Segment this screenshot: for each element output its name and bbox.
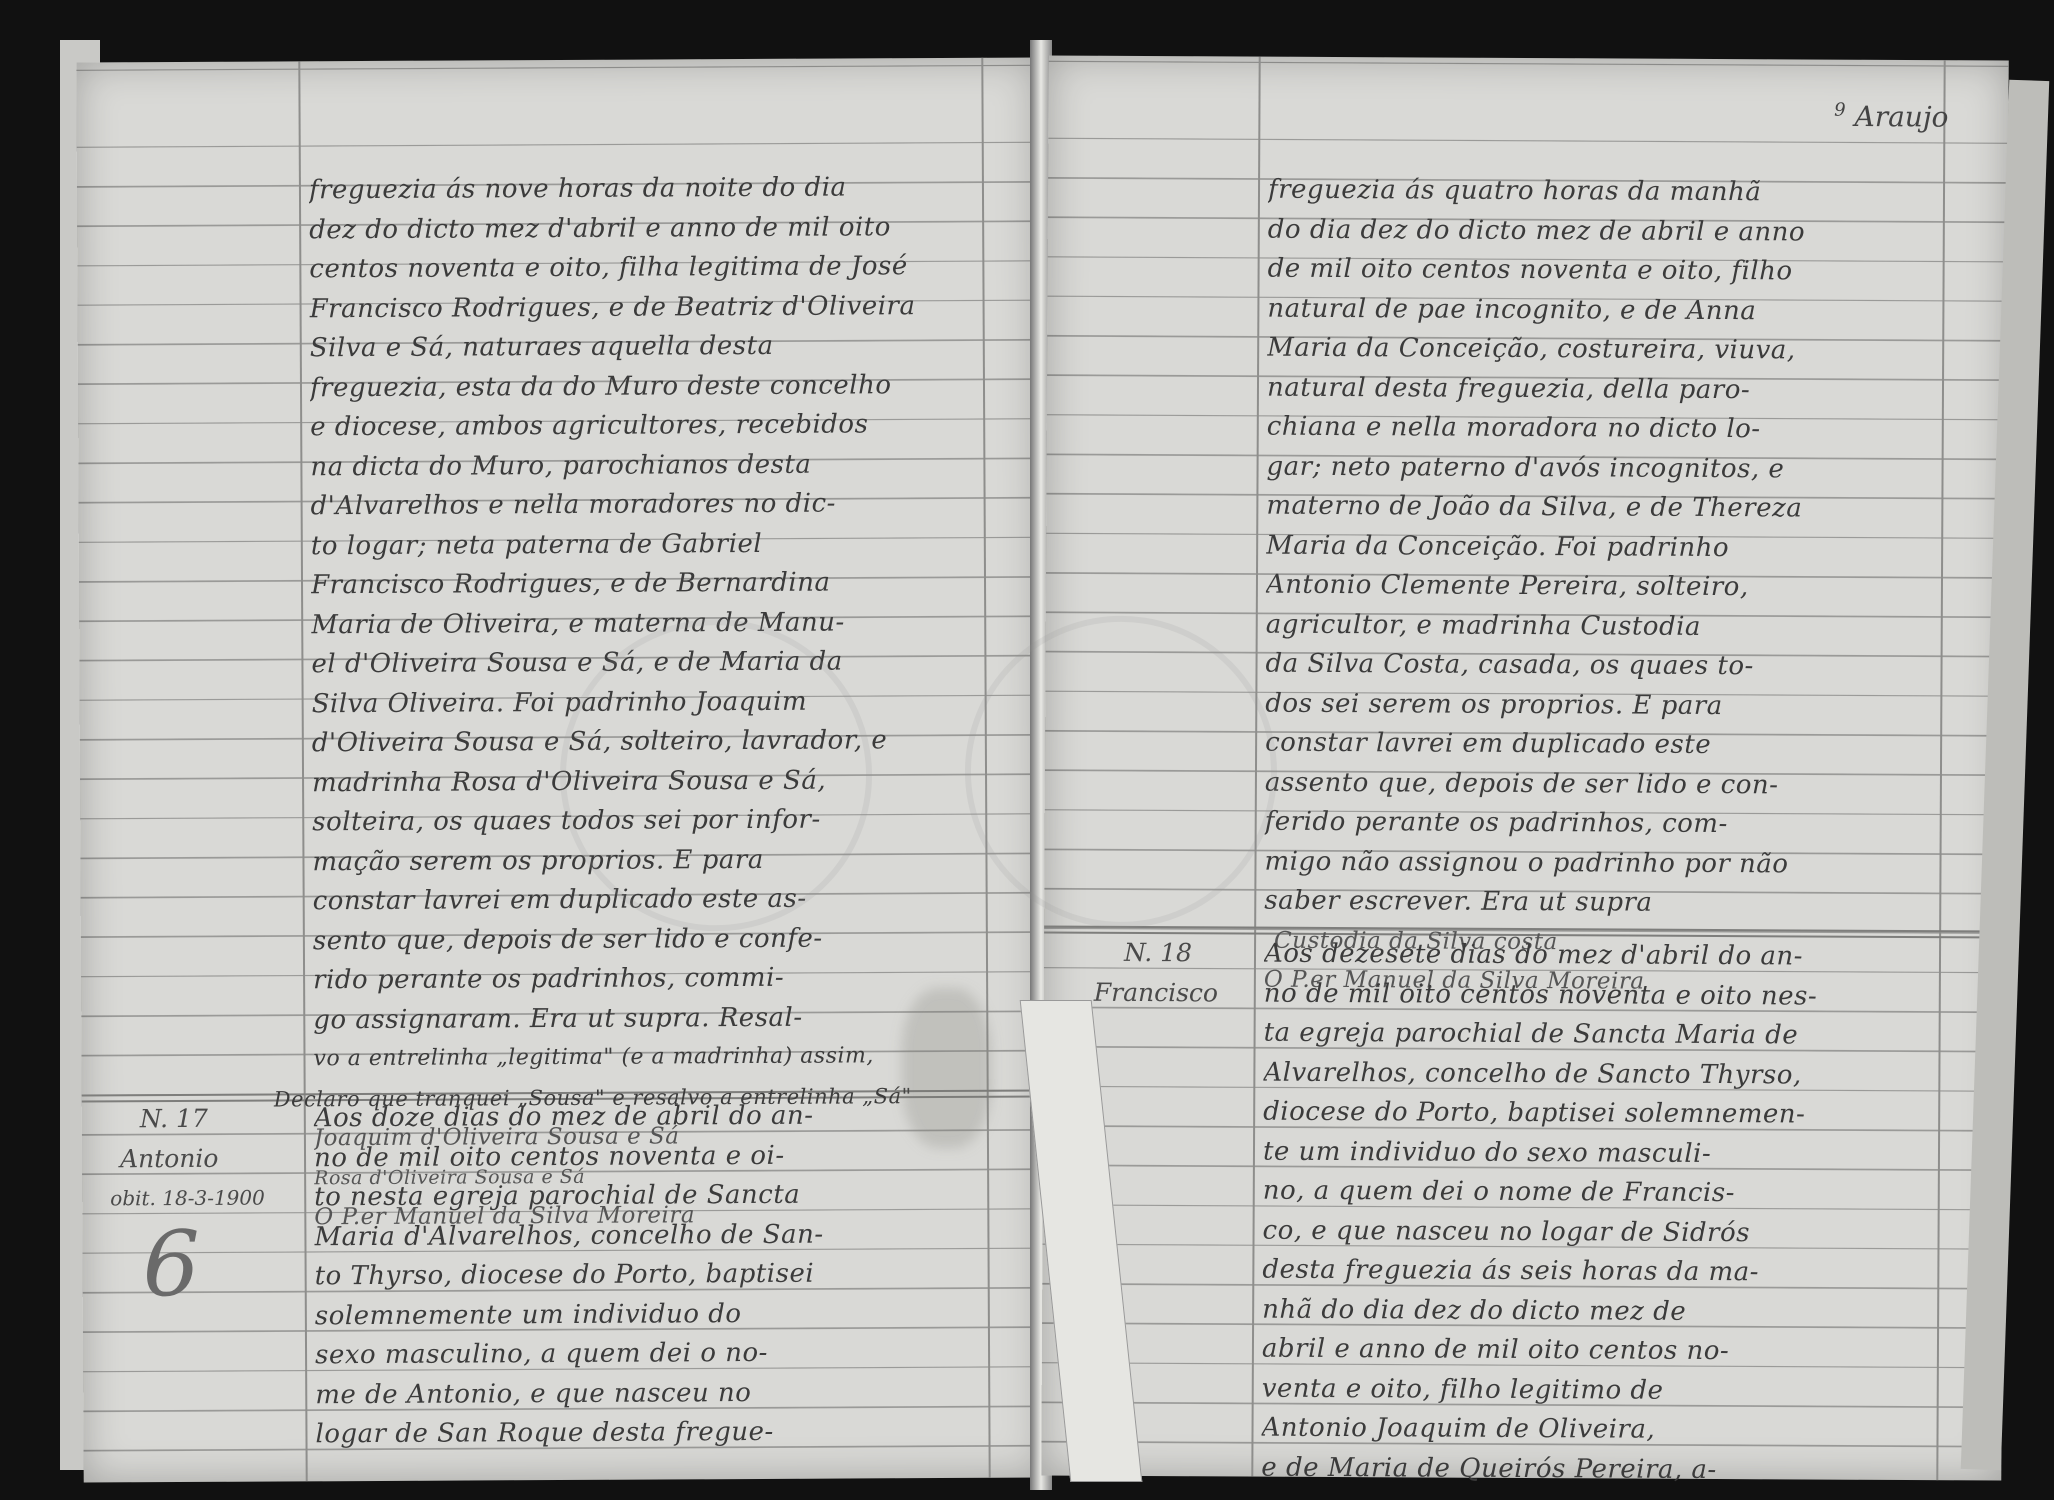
text-line: Maria d'Alvarelhos, concelho de San- bbox=[314, 1216, 984, 1259]
text-line: venta e oito, filho legitimo de bbox=[1262, 1371, 1932, 1414]
text-line: freguezia, esta da do Muro deste concelh… bbox=[310, 367, 980, 410]
faded-stamp bbox=[964, 615, 1278, 929]
text-line: Maria da Conceição, costureira, viuva, bbox=[1267, 331, 1937, 374]
text-line: d'Alvarelhos e nella moradores no dic- bbox=[311, 486, 981, 529]
text-line: solemnemente um individuo do bbox=[315, 1295, 985, 1338]
text-line: da Silva Costa, casada, os quaes to- bbox=[1265, 647, 1935, 690]
page-number: 9 bbox=[1834, 100, 1846, 121]
text-line: Aos dezesete dias do mez d'abril do an- bbox=[1264, 937, 1934, 980]
entry-name: Francisco bbox=[1084, 975, 1254, 1015]
text-line: abril e anno de mil oito centos no- bbox=[1262, 1332, 1932, 1375]
death-annotation: obit. 18-3-1900 bbox=[110, 1180, 300, 1220]
text-line: natural desta freguezia, della paro- bbox=[1267, 370, 1937, 413]
text-line: sento que, depois de ser lido e confe- bbox=[313, 920, 983, 963]
text-line: Francisco Rodrigues, e de Beatriz d'Oliv… bbox=[309, 288, 979, 331]
margin-line bbox=[298, 61, 307, 1481]
text-line: Maria da Conceição. Foi padrinho bbox=[1266, 528, 1936, 571]
text-line: me de Antonio, e que nasceu no bbox=[315, 1374, 985, 1417]
text-line: no de mil oito centos noventa e oito nes… bbox=[1264, 976, 1934, 1019]
text-line: co, e que nasceu no logar de Sidrós bbox=[1262, 1213, 1932, 1256]
text-line: Aos doze dias do mez de abril do an- bbox=[314, 1098, 984, 1141]
text-line: na dicta do Muro, parochianos desta bbox=[310, 446, 980, 489]
text-line: diocese do Porto, baptisei solemnemen- bbox=[1263, 1095, 1933, 1138]
text-line: Silva e Sá, naturaes aquella desta bbox=[310, 328, 980, 371]
corner-annotation: 9 Araujo bbox=[1834, 100, 1948, 134]
text-line: no de mil oito centos noventa e oi- bbox=[314, 1137, 984, 1180]
text-line: Antonio Joaquim de Oliveira, bbox=[1261, 1411, 1931, 1454]
entry-number: N. 17 bbox=[110, 1101, 300, 1141]
text-line: Antonio Clemente Pereira, solteiro, bbox=[1266, 568, 1936, 611]
text-line: to logar; neta paterna de Gabriel bbox=[311, 525, 981, 568]
text-line: centos noventa e oito, filha legitima de… bbox=[309, 249, 979, 292]
right-page: 9 Araujo freguezia ás quatro horas da ma… bbox=[1041, 55, 2008, 1480]
ink-stain bbox=[901, 988, 992, 1148]
text-line: sexo masculino, a quem dei o no- bbox=[315, 1335, 985, 1378]
text-line: natural de pae incognito, e de Anna bbox=[1267, 291, 1937, 334]
text-line: constar lavrei em duplicado este bbox=[1265, 726, 1935, 769]
text-line: to nesta egreja parochial de Sancta bbox=[314, 1177, 984, 1220]
text-line: dez do dicto mez d'abril e anno de mil o… bbox=[309, 209, 979, 252]
text-line: no, a quem dei o nome de Francis- bbox=[1263, 1174, 1933, 1217]
text-line: materno de João da Silva, e de Thereza bbox=[1266, 489, 1936, 532]
text-line: e diocese, ambos agricultores, recebidos bbox=[310, 407, 980, 450]
text-line: vo a entrelinha „legitima" (e a madrinha… bbox=[313, 1039, 983, 1082]
register-mark: 6 bbox=[142, 1212, 200, 1317]
text-line: freguezia ás nove horas da noite do dia bbox=[309, 170, 979, 213]
faded-stamp bbox=[559, 618, 873, 932]
text-line: rido perante os padrinhos, commi- bbox=[313, 960, 983, 1003]
entry-margin-n18: N. 18 Francisco bbox=[1084, 936, 1254, 1016]
entry-number: N. 18 bbox=[1084, 936, 1254, 976]
text-line: te um individuo do sexo masculi- bbox=[1263, 1134, 1933, 1177]
scanned-register-spread: freguezia ás nove horas da noite do dia … bbox=[0, 0, 2054, 1500]
text-line: ta egreja parochial de Sancta Maria de bbox=[1263, 1016, 1933, 1059]
text-line: chiana e nella moradora no dicto lo- bbox=[1267, 410, 1937, 453]
entry-n17-text: Aos doze dias do mez de abril do an- no … bbox=[314, 1098, 986, 1457]
text-line: desta freguezia ás seis horas da ma- bbox=[1262, 1253, 1932, 1296]
text-line: nhã do dia dez do dicto mez de bbox=[1262, 1292, 1932, 1335]
text-line: assento que, depois de ser lido e con- bbox=[1265, 765, 1935, 808]
right-continuation-text: freguezia ás quatro horas da manhã do di… bbox=[1264, 173, 1938, 1006]
text-line: go assignaram. Era ut supra. Resal- bbox=[313, 999, 983, 1042]
text-line: do dia dez do dicto mez de abril e anno bbox=[1268, 212, 1938, 255]
text-line: gar; neto paterno d'avós incognitos, e bbox=[1266, 449, 1936, 492]
text-line: e de Maria de Queirós Pereira, a- bbox=[1261, 1450, 1931, 1493]
entry-name: Antonio bbox=[110, 1141, 300, 1181]
entry-margin-n17: N. 17 Antonio obit. 18-3-1900 bbox=[110, 1101, 301, 1220]
text-line: de mil oito centos noventa e oito, filho bbox=[1267, 252, 1937, 295]
text-line: freguezia ás quatro horas da manhã bbox=[1268, 173, 1938, 216]
text-line: ferido perante os padrinhos, com- bbox=[1265, 805, 1935, 848]
text-line: Alvarelhos, concelho de Sancto Thyrso, bbox=[1263, 1055, 1933, 1098]
text-line: logar de San Roque desta fregue- bbox=[315, 1414, 985, 1457]
family-name-note: Araujo bbox=[1854, 100, 1948, 133]
text-line: dos sei serem os proprios. E para bbox=[1265, 686, 1935, 729]
text-line: saber escrever. Era ut supra bbox=[1264, 884, 1934, 927]
right-margin-line bbox=[1936, 60, 1945, 1480]
text-line: Francisco Rodrigues, e de Bernardina bbox=[311, 565, 981, 608]
entry-n18-text: Aos dezesete dias do mez d'abril do an- … bbox=[1261, 937, 1934, 1494]
text-line: migo não assignou o padrinho por não bbox=[1264, 844, 1934, 887]
left-page: freguezia ás nove horas da noite do dia … bbox=[76, 57, 1043, 1482]
text-line: agricultor, e madrinha Custodia bbox=[1266, 607, 1936, 650]
text-line: to Thyrso, diocese do Porto, baptisei bbox=[315, 1256, 985, 1299]
